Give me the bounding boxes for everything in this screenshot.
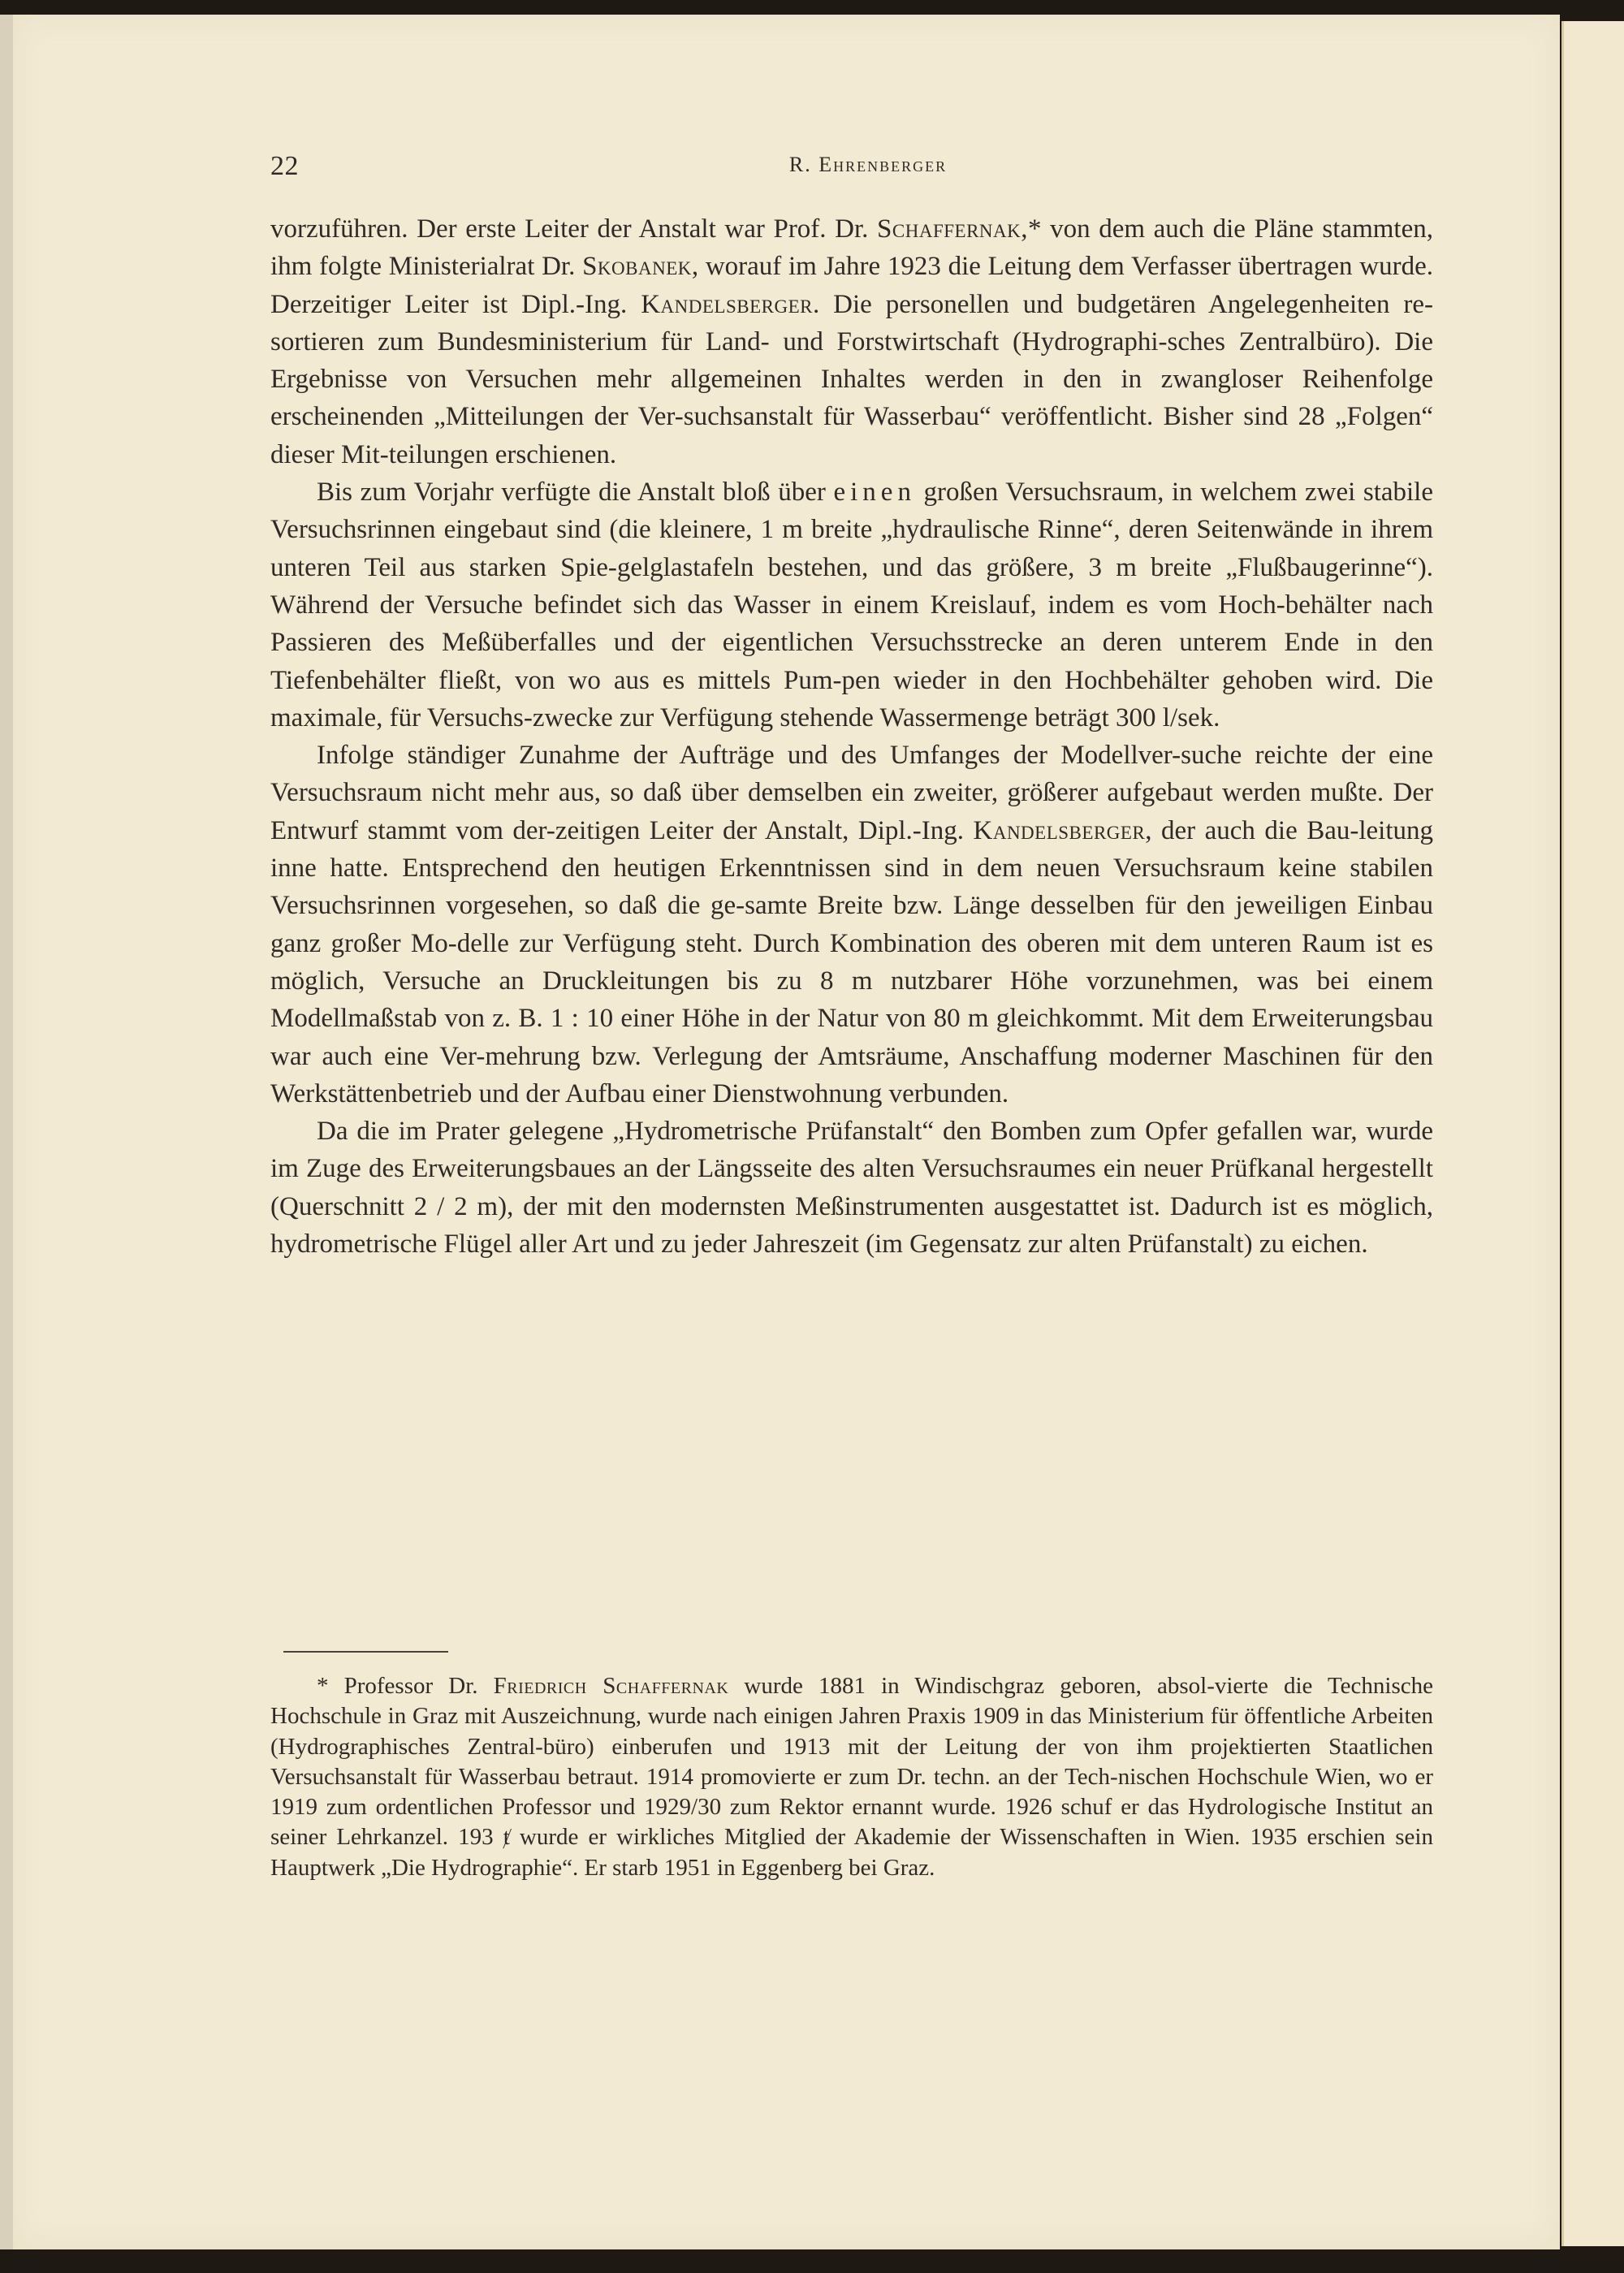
next-page-edge: [1561, 21, 1624, 2246]
emphasized-word: einen: [833, 478, 915, 507]
running-title: R. Ehrenberger: [270, 153, 1433, 177]
person-name: Kandelsberger: [974, 816, 1146, 845]
main-text: vorzuführen. Der erste Leiter der Anstal…: [270, 210, 1433, 1263]
paragraph-2: Bis zum Vorjahr verfügte die Anstalt blo…: [270, 473, 1433, 737]
text-run: , der auch die Bau-leitung inne hatte. E…: [270, 816, 1433, 1108]
paragraph-3: Infolge ständiger Zunahme der Aufträge u…: [270, 737, 1433, 1113]
text-run: wurde 1881 in Windischgraz geboren, abso…: [270, 1673, 1433, 1881]
footnote-marker-text: * Professor Dr.: [317, 1673, 494, 1699]
footnote-area: * Professor Dr. Friedrich Schaffernak wu…: [270, 1671, 1433, 1883]
footnote-separator: [283, 1651, 448, 1653]
person-name: Kandelsberger: [641, 290, 813, 319]
paragraph-4: Da die im Prater gelegene „Hydrometrisch…: [270, 1113, 1433, 1263]
person-name: Schaffernak,: [877, 214, 1028, 244]
text-run: Da die im Prater gelegene „Hydrometrisch…: [270, 1117, 1433, 1259]
text-run: großen Versuchsraum, in welchem zwei sta…: [270, 478, 1433, 732]
footnote: * Professor Dr. Friedrich Schaffernak wu…: [270, 1671, 1433, 1883]
person-name: Skobanek: [582, 252, 692, 281]
person-name: Friedrich Schaffernak: [494, 1673, 729, 1699]
page-header: 22 R. Ehrenberger: [270, 151, 1433, 184]
text-run: vorzuführen. Der erste Leiter der Anstal…: [270, 214, 877, 244]
text-run: Bis zum Vorjahr verfügte die Anstalt blo…: [317, 478, 833, 507]
paragraph-1: vorzuführen. Der erste Leiter der Anstal…: [270, 210, 1433, 473]
